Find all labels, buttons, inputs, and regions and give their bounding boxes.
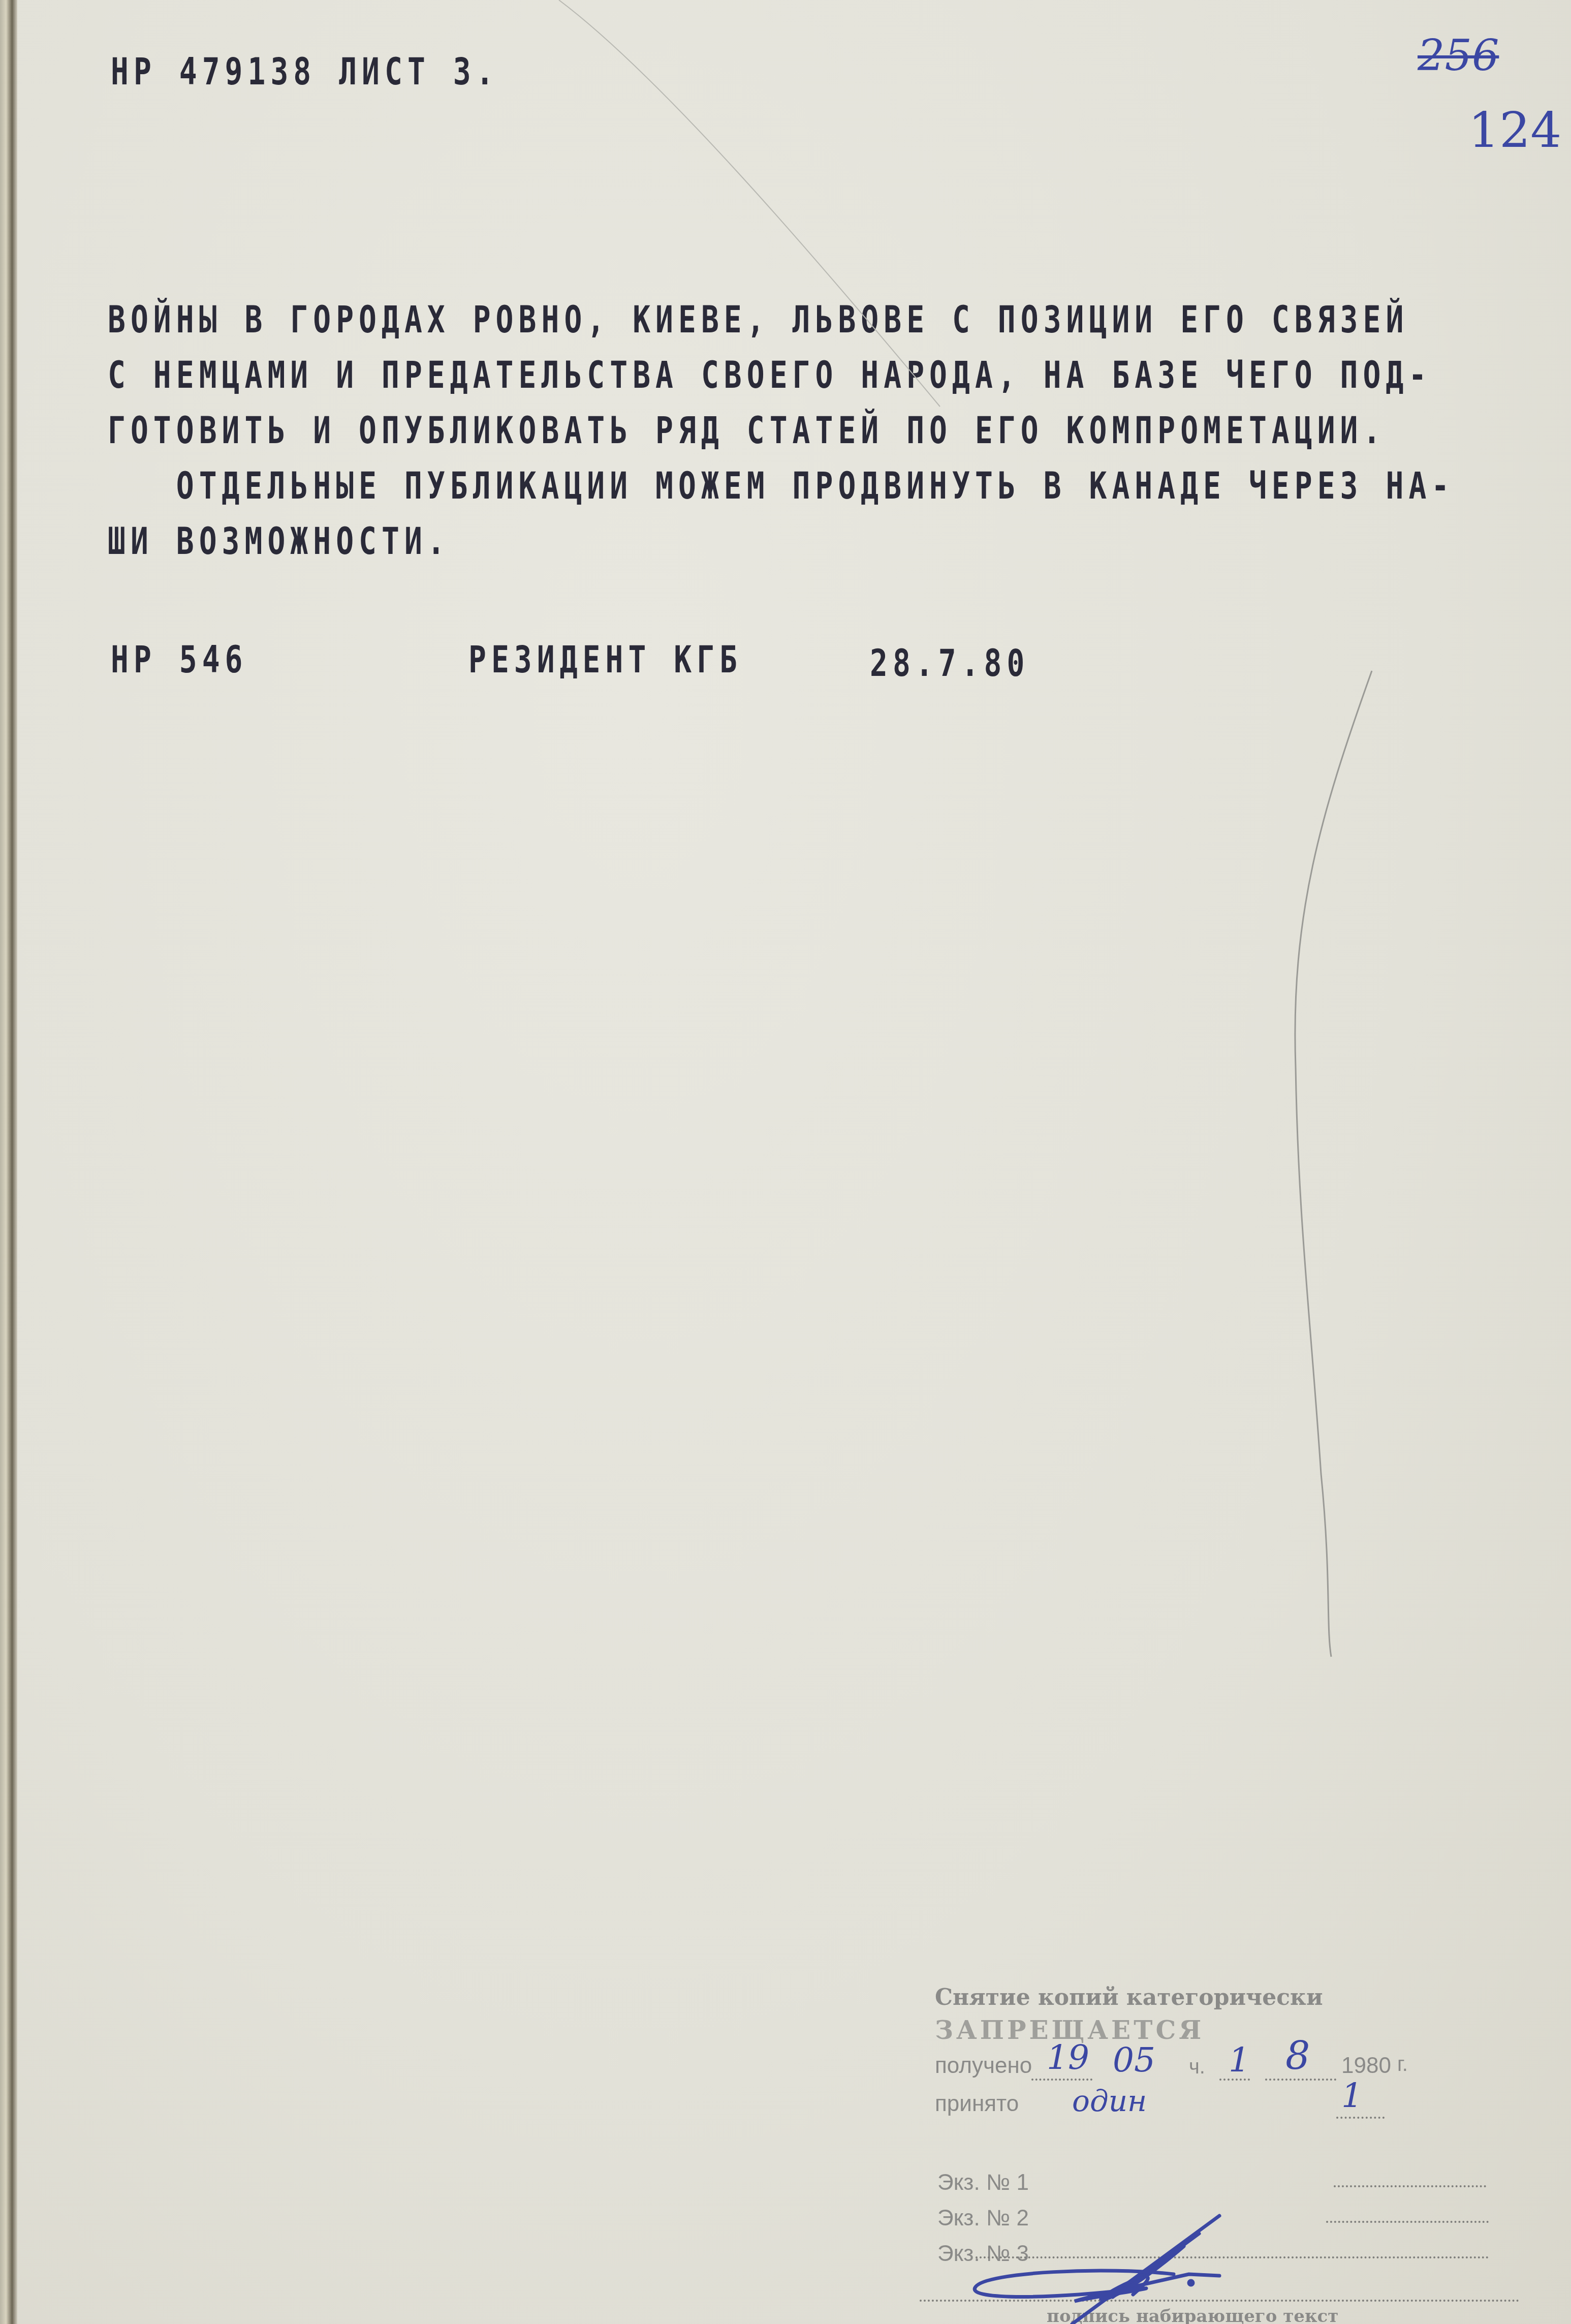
handwritten-signature-icon (0, 0, 1571, 2324)
